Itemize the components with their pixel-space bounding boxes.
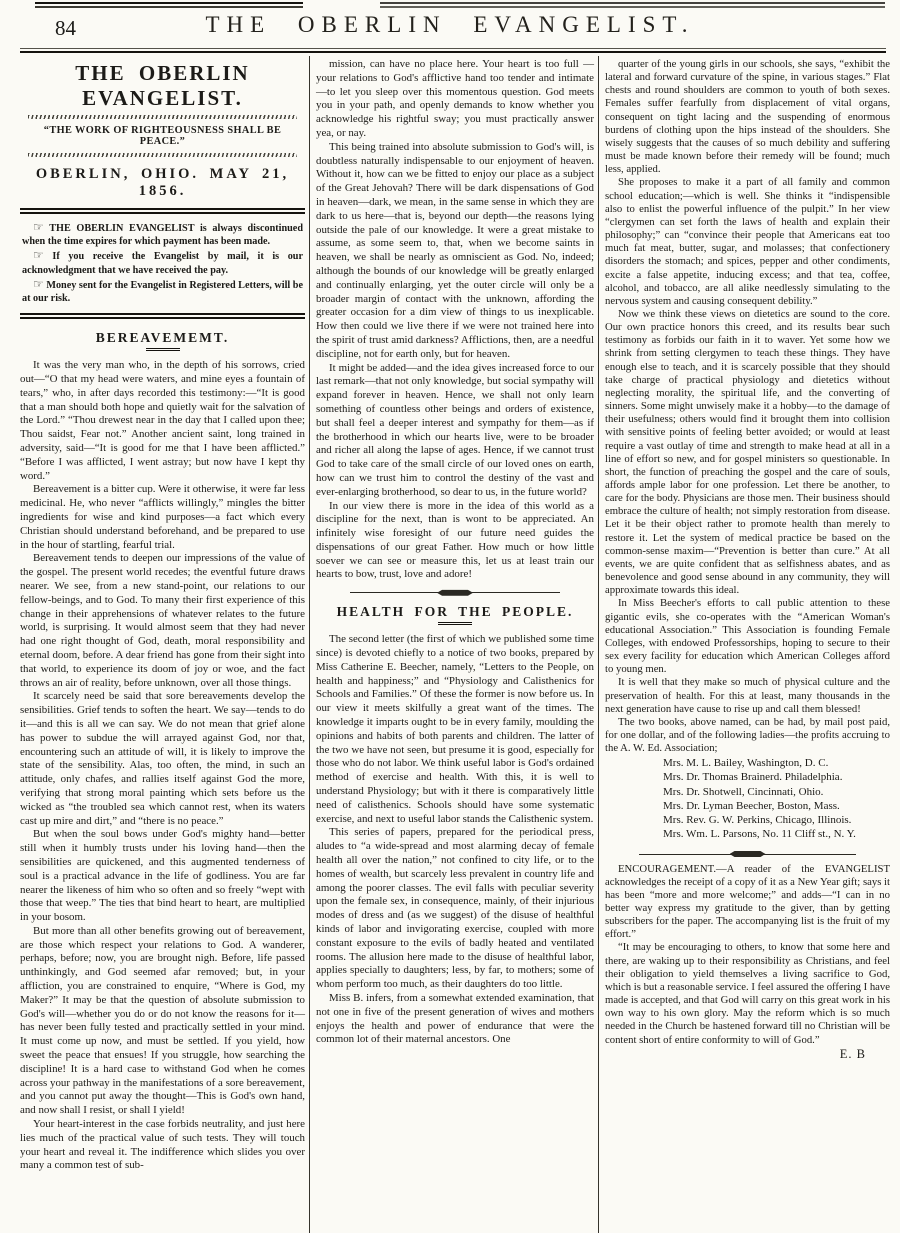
wavy-rule bbox=[28, 153, 297, 157]
article-paragraph: It might be added—and the idea gives inc… bbox=[316, 362, 594, 500]
scan-border-artifact bbox=[35, 2, 303, 8]
article-heading-health: HEALTH FOR THE PEOPLE. bbox=[316, 604, 594, 620]
article-paragraph: ENCOURAGEMENT.—A reader of the EVANGELIS… bbox=[605, 863, 890, 942]
agent-line: Mrs. Dr. Lyman Beecher, Boston, Mass. bbox=[605, 799, 890, 813]
article-paragraph: Bereavement is a bitter cup. Were it oth… bbox=[20, 483, 305, 552]
heading-rule bbox=[146, 348, 180, 351]
article-body-health: The second letter (the first of which we… bbox=[316, 633, 594, 1047]
agent-line: Mrs. Rev. G. W. Perkins, Chicago, Illino… bbox=[605, 813, 890, 827]
article-body-bereavement-continued: mission, can have no place here. Your he… bbox=[316, 58, 594, 582]
agent-line: Mrs. M. L. Bailey, Washington, D. C. bbox=[605, 756, 890, 770]
page-header: 84 THE OBERLIN EVANGELIST. bbox=[0, 12, 900, 46]
article-paragraph: Now we think these views on dietetics ar… bbox=[605, 308, 890, 597]
notice-text: THE OBERLIN EVANGELIST is always discont… bbox=[22, 223, 303, 247]
wavy-rule bbox=[28, 115, 297, 119]
heading-rule bbox=[438, 622, 472, 625]
masthead-title: THE OBERLIN EVANGELIST. bbox=[20, 56, 305, 111]
article-paragraph: The two books, above named, can be had, … bbox=[605, 716, 890, 755]
agent-line: Mrs. Wm. L. Parsons, No. 11 Cliff st., N… bbox=[605, 827, 890, 841]
article-paragraph: But more than all other benefits growing… bbox=[20, 925, 305, 1118]
pointing-hand-icon: ☞ bbox=[33, 220, 44, 234]
column-1: THE OBERLIN EVANGELIST. “THE WORK OF RIG… bbox=[20, 56, 309, 1233]
pointing-hand-icon: ☞ bbox=[33, 277, 44, 291]
author-signature: E. B bbox=[605, 1047, 890, 1062]
article-paragraph: But when the soul bows under God's might… bbox=[20, 828, 305, 925]
notice-discontinued: ☞ THE OBERLIN EVANGELIST is always disco… bbox=[22, 221, 303, 248]
article-paragraph: quarter of the young girls in our school… bbox=[605, 58, 890, 176]
heavy-rule bbox=[20, 208, 305, 214]
masthead: THE OBERLIN EVANGELIST. “THE WORK OF RIG… bbox=[20, 56, 305, 319]
article-heading-bereavement: BEREAVEMEMT. bbox=[20, 330, 305, 346]
article-paragraph: mission, can have no place here. Your he… bbox=[316, 58, 594, 141]
article-paragraph: “It may be encouraging to others, to kno… bbox=[605, 941, 890, 1046]
ornament-divider bbox=[350, 592, 560, 593]
article-body-encouragement: ENCOURAGEMENT.—A reader of the EVANGELIS… bbox=[605, 863, 890, 1047]
notice-registered-letters: ☞ Money sent for the Evangelist in Regis… bbox=[22, 278, 303, 305]
newspaper-title: THE OBERLIN EVANGELIST. bbox=[0, 12, 900, 38]
notice-text: Money sent for the Evangelist in Registe… bbox=[22, 280, 303, 304]
newspaper-page: 84 THE OBERLIN EVANGELIST. THE OBERLIN E… bbox=[0, 0, 900, 1233]
article-paragraph: It is well that they make so much of phy… bbox=[605, 676, 890, 715]
header-rule bbox=[20, 48, 886, 53]
article-paragraph: She proposes to make it a part of all fa… bbox=[605, 176, 890, 308]
scan-border-artifact bbox=[380, 2, 885, 8]
column-3: quarter of the young girls in our school… bbox=[599, 56, 890, 1233]
article-body-health-continued: quarter of the young girls in our school… bbox=[605, 58, 890, 755]
ornament-divider bbox=[639, 854, 856, 855]
notice-text: If you receive the Evangelist by mail, i… bbox=[22, 251, 303, 275]
article-paragraph: Your heart-interest in the case forbids … bbox=[20, 1118, 305, 1173]
masthead-motto: “THE WORK OF RIGHTEOUSNESS SHALL BE PEAC… bbox=[20, 123, 305, 149]
article-paragraph: This series of papers, prepared for the … bbox=[316, 826, 594, 992]
agent-line: Mrs. Dr. Shotwell, Cincinnati, Ohio. bbox=[605, 785, 890, 799]
heavy-rule bbox=[20, 313, 305, 319]
article-paragraph: The second letter (the first of which we… bbox=[316, 633, 594, 826]
column-layout: THE OBERLIN EVANGELIST. “THE WORK OF RIG… bbox=[20, 56, 890, 1233]
subscription-notices: ☞ THE OBERLIN EVANGELIST is always disco… bbox=[20, 216, 305, 311]
masthead-dateline: OBERLIN, OHIO. MAY 21, 1856. bbox=[20, 161, 305, 206]
article-paragraph: Bereavement tends to deepen our impressi… bbox=[20, 552, 305, 690]
article-paragraph: In our view there is more in the idea of… bbox=[316, 500, 594, 583]
agent-address-list: Mrs. M. L. Bailey, Washington, D. C.Mrs.… bbox=[605, 755, 890, 843]
article-paragraph: Miss B. infers, from a somewhat extended… bbox=[316, 992, 594, 1047]
pointing-hand-icon: ☞ bbox=[33, 248, 44, 262]
article-body-bereavement: It was the very man who, in the depth of… bbox=[20, 359, 305, 1173]
agent-line: Mrs. Dr. Thomas Brainerd. Philadelphia. bbox=[605, 770, 890, 784]
article-paragraph: It was the very man who, in the depth of… bbox=[20, 359, 305, 483]
article-paragraph: This being trained into absolute submiss… bbox=[316, 141, 594, 362]
notice-mail: ☞ If you receive the Evangelist by mail,… bbox=[22, 249, 303, 276]
article-paragraph: In Miss Beecher's efforts to call public… bbox=[605, 597, 890, 676]
article-paragraph: It scarcely need be said that sore berea… bbox=[20, 690, 305, 828]
column-2: mission, can have no place here. Your he… bbox=[310, 56, 598, 1233]
page-number: 84 bbox=[55, 16, 76, 41]
